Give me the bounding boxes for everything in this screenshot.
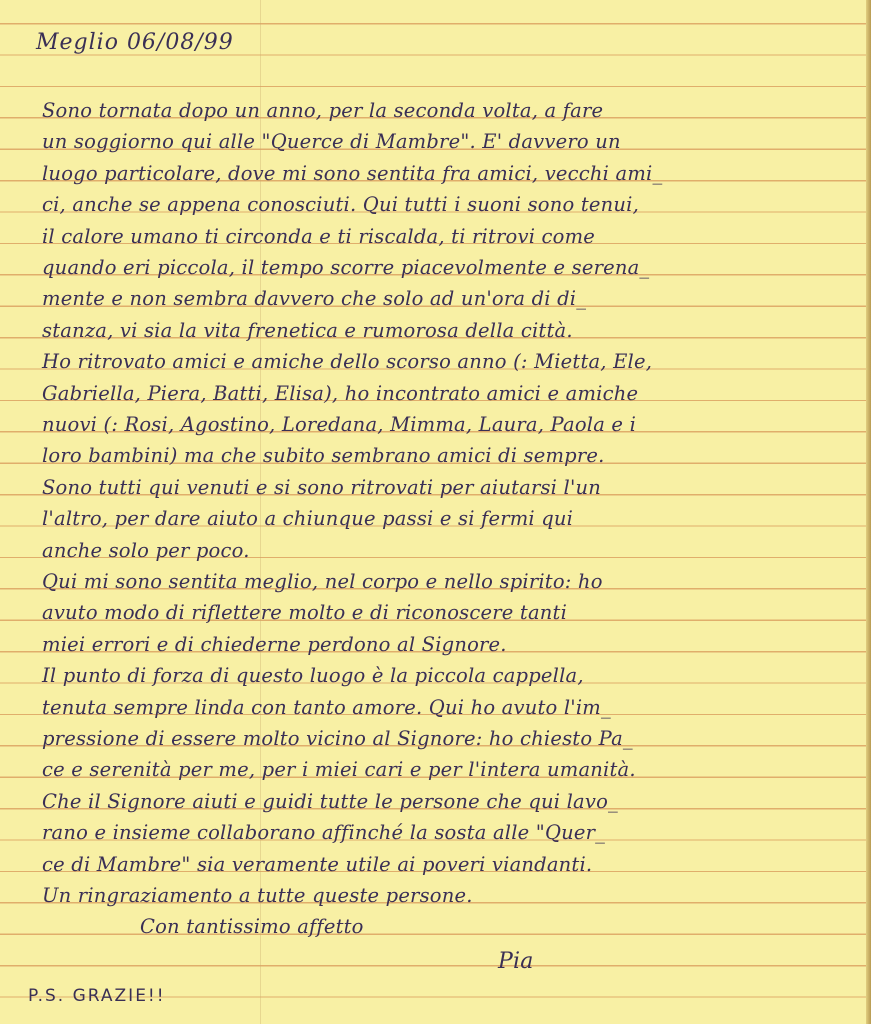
letter-line: l'altro, per dare aiuto a chiunque passi… <box>42 507 573 530</box>
letter-line: nuovi (: Rosi, Agostino, Loredana, Mimma… <box>42 413 636 436</box>
letter-line: il calore umano ti circonda e ti riscald… <box>42 225 595 248</box>
letter-line: ce di Mambre" sia veramente utile ai pov… <box>42 853 592 876</box>
closing-line: Con tantissimo affetto <box>140 915 364 938</box>
signature: Pia <box>498 949 534 974</box>
letter-line: luogo particolare, dove mi sono sentita … <box>42 162 662 185</box>
letter-line: quando eri piccola, il tempo scorre piac… <box>42 256 649 279</box>
letter-line: un soggiorno qui alle "Querce di Mambre"… <box>42 130 621 153</box>
letter-line: ce e serenità per me, per i miei cari e … <box>42 758 636 781</box>
letter-line: Che il Signore aiuti e guidi tutte le pe… <box>42 790 618 813</box>
letter-line: tenuta sempre linda con tanto amore. Qui… <box>42 696 611 719</box>
letter-line: mente e non sembra davvero che solo ad u… <box>42 287 586 310</box>
letter-line: Sono tornata dopo un anno, per la second… <box>42 99 603 122</box>
letter-page: Meglio 06/08/99 Sono tornata dopo un ann… <box>0 0 871 1024</box>
letter-line: Gabriella, Piera, Batti, Elisa), ho inco… <box>42 382 638 405</box>
postscript: P.S. GRAZIE!! <box>28 986 166 1006</box>
letter-line: loro bambini) ma che subito sembrano ami… <box>42 444 605 467</box>
letter-line: miei errori e di chiederne perdono al Si… <box>42 633 507 656</box>
letter-line: pressione di essere molto vicino al Sign… <box>42 727 633 750</box>
letter-line: Un ringraziamento a tutte queste persone… <box>42 884 473 907</box>
letter-line: anche solo per poco. <box>42 539 250 562</box>
letter-line: Qui mi sono sentita meglio, nel corpo e … <box>42 570 603 593</box>
letter-line: rano e insieme collaborano affinché la s… <box>42 821 605 844</box>
letter-line: stanza, vi sia la vita frenetica e rumor… <box>42 319 573 342</box>
letter-line: Il punto di forza di questo luogo è la p… <box>42 664 584 687</box>
letter-line: Ho ritrovato amici e amiche dello scorso… <box>42 350 652 373</box>
letter-line: avuto modo di riflettere molto e di rico… <box>42 601 567 624</box>
letter-line: Sono tutti qui venuti e si sono ritrovat… <box>42 476 601 499</box>
date-line: Meglio 06/08/99 <box>36 30 234 55</box>
letter-line: ci, anche se appena conosciuti. Qui tutt… <box>42 193 639 216</box>
